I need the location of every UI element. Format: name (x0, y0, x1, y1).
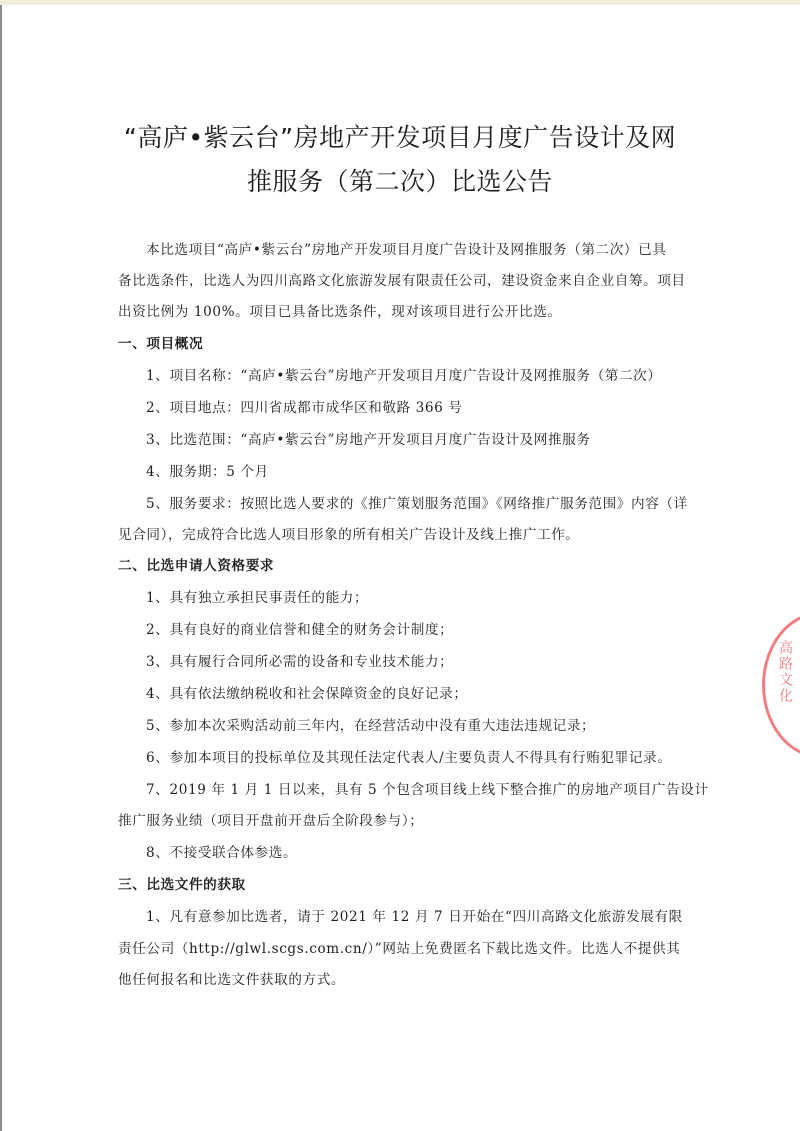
section2-item: 5、参加本次采购活动前三年内，在经营活动中没有重大违法违规记录； (146, 716, 726, 736)
section2-item: 3、具有履行合同所必需的设备和专业技术能力； (146, 652, 726, 672)
section1-item: 3、比选范围：“高庐•紫云台”房地产开发项目月度广告设计及网推服务 (146, 430, 726, 450)
section1-item: 4、服务期：5 个月 (146, 462, 726, 482)
document-page: “高庐•紫云台”房地产开发项目月度广告设计及网 推服务（第二次）比选公告 本比选… (0, 0, 800, 1131)
intro-paragraph-line-3: 出资比例为 100%。项目已具备比选条件，现对该项目进行公开比选。 (118, 302, 698, 322)
section-heading-document-acquisition: 三、比选文件的获取 (118, 875, 698, 895)
intro-paragraph-line-1: 本比选项目“高庐•紫云台”房地产开发项目月度广告设计及网推服务（第二次）已具 (146, 240, 726, 260)
section2-item: 1、具有独立承担民事责任的能力； (146, 588, 726, 608)
section2-item: 2、具有良好的商业信誉和健全的财务会计制度； (146, 620, 726, 640)
section2-item: 4、具有依法缴纳税收和社会保障资金的良好记录； (146, 684, 726, 704)
section1-item-continued: 见合同），完成符合比选人项目形象的所有相关广告设计及线上推广工作。 (118, 525, 698, 545)
section2-item: 8、不接受联合体参选。 (146, 843, 726, 863)
intro-paragraph-line-2: 备比选条件，比选人为四川高路文化旅游发展有限责任公司，建设资金来自企业自筹。项目 (118, 271, 698, 291)
section3-item-continued: 他任何报名和比选文件获取的方式。 (118, 970, 698, 990)
section1-item: 5、服务要求：按照比选人要求的《推广策划服务范围》《网络推广服务范围》内容（详 (146, 494, 726, 514)
document-title-line-1: “高庐•紫云台”房地产开发项目月度广告设计及网 (80, 118, 720, 154)
document-title-line-2: 推服务（第二次）比选公告 (80, 162, 720, 198)
section-heading-qualifications: 二、比选申请人资格要求 (118, 556, 698, 576)
section2-item: 6、参加本项目的投标单位及其现任法定代表人/主要负责人不得具有行贿犯罪记录。 (146, 748, 726, 768)
section-heading-project-overview: 一、项目概况 (118, 334, 698, 354)
section2-item: 7、2019 年 1 月 1 日以来，具有 5 个包含项目线上线下整合推广的房地… (146, 780, 726, 800)
section3-item: 1、凡有意参加比选者，请于 2021 年 12 月 7 日开始在“四川高路文化旅… (146, 907, 726, 927)
section1-item: 1、项目名称：“高庐•紫云台”房地产开发项目月度广告设计及网推服务（第二次） (146, 366, 726, 386)
company-seal-text: 高路文化 (775, 640, 795, 704)
section2-item-continued: 推广服务业绩（项目开盘前开盘后全阶段参与）； (118, 811, 698, 831)
section1-item: 2、项目地点：四川省成都市成华区和敬路 366 号 (146, 398, 726, 418)
section3-item-continued: 责任公司（http://glwl.scgs.com.cn/）”网站上免费匿名下载… (118, 939, 698, 959)
